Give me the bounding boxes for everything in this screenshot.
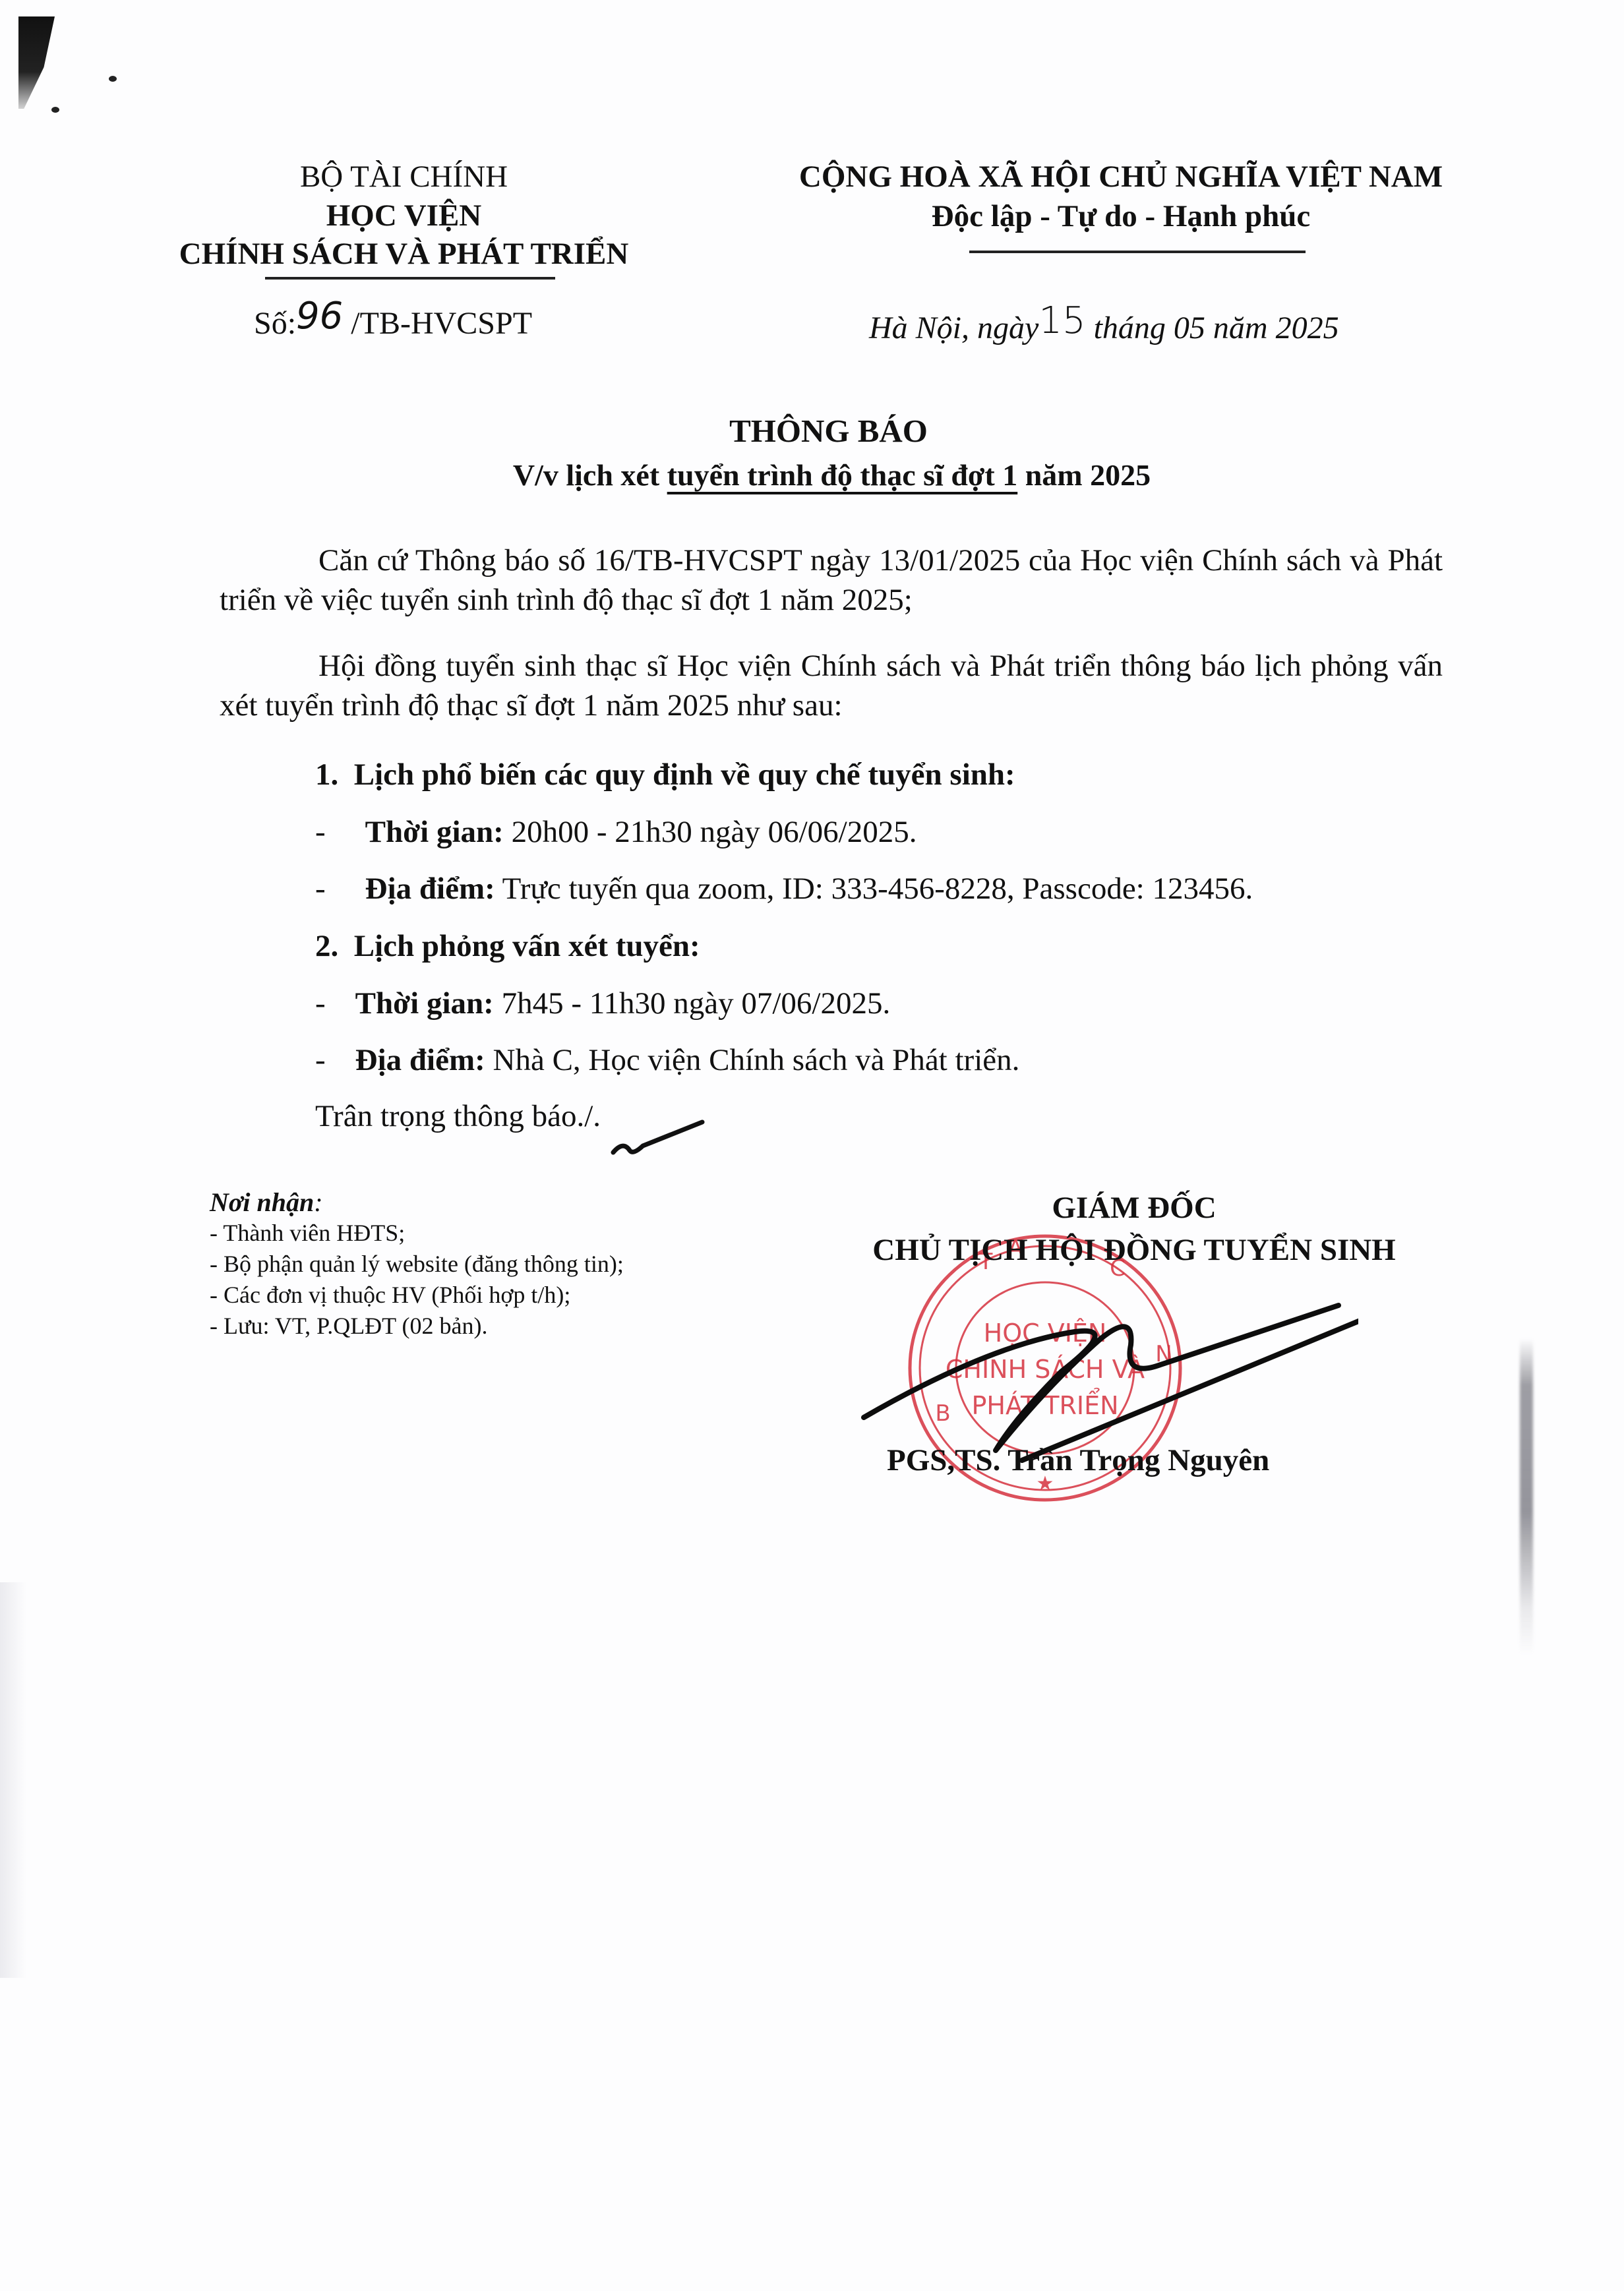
institute-line-1: HỌC VIỆN <box>158 196 649 235</box>
scan-speck <box>51 107 59 113</box>
recipient-item: - Bộ phận quản lý website (đăng thông ti… <box>210 1249 803 1280</box>
header-left-rule <box>265 277 555 280</box>
ministry-name: BỘ TÀI CHÍNH <box>158 157 649 196</box>
section-2-item-time: -Thời gian: 7h45 - 11h30 ngày 07/06/2025… <box>315 984 890 1023</box>
handwritten-doc-number: 96 <box>296 295 343 338</box>
signature-block: GIÁM ĐỐC CHỦ TỊCH HỘI ĐỒNG TUYỂN SINH <box>811 1187 1457 1271</box>
closing-line: Trân trọng thông báo./. <box>315 1096 601 1136</box>
paragraph-announcement: Hội đồng tuyển sinh thạc sĩ Học viện Chí… <box>220 646 1443 725</box>
recipient-item: - Thành viên HĐTS; <box>210 1218 803 1249</box>
document-number: Số:96 /TB-HVCSPT <box>254 300 532 343</box>
signer-name: PGS,TS. Trần Trọng Nguyên <box>887 1443 1269 1478</box>
header-left: BỘ TÀI CHÍNH HỌC VIỆN CHÍNH SÁCH VÀ PHÁT… <box>158 157 649 273</box>
scan-speck <box>109 76 117 82</box>
header-right-rule <box>969 251 1306 253</box>
country-name: CỘNG HOÀ XÃ HỘI CHỦ NGHĨA VIỆT NAM <box>775 157 1467 196</box>
institute-line-2: CHÍNH SÁCH VÀ PHÁT TRIỂN <box>158 235 649 273</box>
header-right: CỘNG HOÀ XÃ HỘI CHỦ NGHĨA VIỆT NAM Độc l… <box>775 157 1467 236</box>
section-1-heading: 1. Lịch phổ biến các quy định về quy chế… <box>315 755 1015 794</box>
scan-artifact <box>18 16 55 109</box>
notice-title-block: THÔNG BÁO V/v lịch xét tuyển trình độ th… <box>0 412 1624 492</box>
signer-position-1: GIÁM ĐỐC <box>811 1187 1457 1229</box>
notice-subject-underlined: tuyển trình độ thạc sĩ đợt 1 <box>667 458 1018 492</box>
recipients-block: Nơi nhận: - Thành viên HĐTS; - Bộ phận q… <box>210 1187 803 1342</box>
notice-title: THÔNG BÁO <box>0 412 1624 450</box>
recipient-item: - Lưu: VT, P.QLĐT (02 bản). <box>210 1311 803 1342</box>
section-1-item-time: -Thời gian: 20h00 - 21h30 ngày 06/06/202… <box>315 812 917 852</box>
scan-shade <box>0 1582 26 1978</box>
scan-artifact <box>1520 1338 1533 1655</box>
signer-position-2: CHỦ TỊCH HỘI ĐỒNG TUYỂN SINH <box>811 1229 1457 1271</box>
notice-subject: V/v lịch xét tuyển trình độ thạc sĩ đợt … <box>0 458 1624 492</box>
section-2-item-location: -Địa điểm: Nhà C, Học viện Chính sách và… <box>315 1040 1019 1080</box>
section-2-heading: 2. Lịch phỏng vấn xét tuyển: <box>315 926 700 966</box>
recipient-item: - Các đơn vị thuộc HV (Phối hợp t/h); <box>210 1280 803 1311</box>
section-1-item-location: -Địa điểm: Trực tuyến qua zoom, ID: 333-… <box>315 869 1253 908</box>
paragraph-legal-basis: Căn cứ Thông báo số 16/TB-HVCSPT ngày 13… <box>220 541 1443 620</box>
national-motto: Độc lập - Tự do - Hạnh phúc <box>775 196 1467 236</box>
handwritten-day: 15 <box>1038 299 1085 342</box>
recipients-heading: Nơi nhận: <box>210 1187 803 1218</box>
issue-date: Hà Nội, ngày15 tháng 05 năm 2025 <box>869 305 1339 347</box>
initial-mark-icon <box>610 1114 709 1160</box>
